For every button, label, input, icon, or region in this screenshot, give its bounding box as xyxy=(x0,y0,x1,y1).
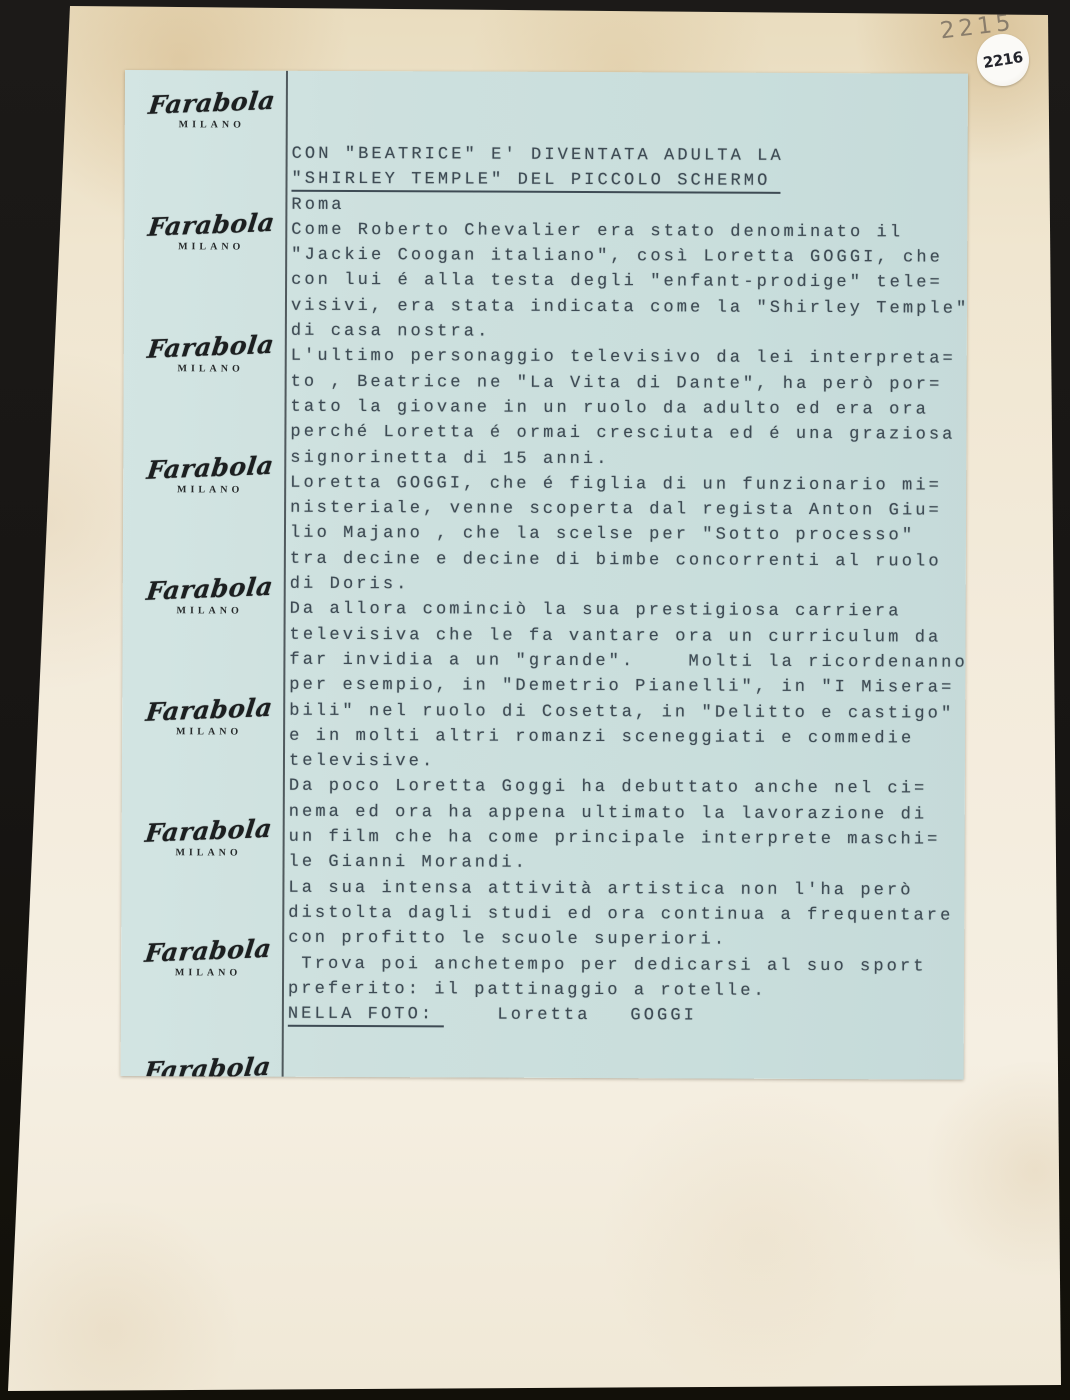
farabola-logo: FarabolaMILANO xyxy=(138,212,284,253)
typed-caption-text: CON "BEATRICE" E' DIVENTATA ADULTA LA "S… xyxy=(284,71,968,1080)
caption-line: tato la giovane in un ruolo da adulto ed… xyxy=(290,395,966,423)
farabola-city-label: MILANO xyxy=(137,605,283,617)
farabola-city-label: MILANO xyxy=(136,726,282,738)
caption-line: di casa nostra. xyxy=(291,319,967,347)
farabola-city-label: MILANO xyxy=(139,119,285,131)
caption-line: un film che ha come principale interpret… xyxy=(289,825,965,853)
farabola-logo: FarabolaMILANO xyxy=(136,697,282,738)
farabola-logo: FarabolaMILANO xyxy=(138,334,284,375)
caption-line: televisive. xyxy=(289,749,965,777)
caption-line: Come Roberto Chevalier era stato denomin… xyxy=(291,218,967,246)
caption-line: distolta dagli studi ed ora continua a f… xyxy=(288,901,964,929)
caption-line: Loretta GOGGI, che é figlia di un funzio… xyxy=(290,471,966,499)
caption-line: perché Loretta é ormai cresciuta ed é un… xyxy=(290,420,966,448)
headline-line-1: CON "BEATRICE" E' DIVENTATA ADULTA LA xyxy=(292,142,968,170)
farabola-wordmark: Farabola xyxy=(137,88,287,120)
caption-line: to , Beatrice ne "La Vita di Dante", ha … xyxy=(291,369,967,397)
caption-line: Trova poi anchetempo per dedicarsi al su… xyxy=(288,951,964,979)
farabola-wordmark: Farabola xyxy=(135,574,285,606)
farabola-city-label: MILANO xyxy=(137,484,283,496)
farabola-wordmark: Farabola xyxy=(133,1054,283,1080)
caption-line: nisteriale, venne scoperta dal regista A… xyxy=(290,496,966,524)
headline-line-2: "SHIRLEY TEMPLE" DEL PICCOLO SCHERMO xyxy=(291,167,967,195)
sticker-number: 2216 xyxy=(982,48,1024,72)
farabola-logo: FarabolaMILANO xyxy=(139,90,285,131)
dateline: Roma xyxy=(291,192,967,220)
caption-line: nema ed ora ha appena ultimato la lavora… xyxy=(289,799,965,827)
caption-line: televisiva che le fa vantare ora un curr… xyxy=(289,622,965,650)
caption-line: le Gianni Morandi. xyxy=(288,850,964,878)
farabola-logo: FarabolaMILANO xyxy=(135,938,281,979)
farabola-logo: FarabolaMILANO xyxy=(137,455,283,496)
nella-foto-line: NELLA FOTO: Loretta GOGGI xyxy=(288,1002,964,1030)
farabola-wordmark: Farabola xyxy=(136,210,286,242)
caption-line: bili" nel ruolo di Cosetta, in "Delitto … xyxy=(289,698,965,726)
farabola-city-label: MILANO xyxy=(135,967,281,979)
caption-line: di Doris. xyxy=(290,572,966,600)
caption-line: "Jackie Coogan italiano", così Loretta G… xyxy=(291,243,967,271)
caption-card: FarabolaMILANO FarabolaMILANO FarabolaMI… xyxy=(0,0,1070,1400)
caption-line: La sua intensa attività artistica non l'… xyxy=(288,875,964,903)
farabola-logo-clipped: FarabolaMILANO xyxy=(135,1056,281,1080)
caption-line: per esempio, in "Demetrio Pianelli", in … xyxy=(289,673,965,701)
caption-line: con lui é alla testa degli "enfant-prodi… xyxy=(291,268,967,296)
farabola-wordmark: Farabola xyxy=(133,936,283,968)
caption-line: far invidia a un "grande". Molti la rico… xyxy=(289,648,965,676)
caption-line: signorinetta di 15 anni. xyxy=(290,445,966,473)
farabola-wordmark: Farabola xyxy=(134,816,284,848)
caption-line: visivi, era stata indicata come la "Shir… xyxy=(291,294,967,322)
caption-line: L'ultimo personaggio televisivo da lei i… xyxy=(291,344,967,372)
farabola-city-label: MILANO xyxy=(136,847,282,859)
farabola-city-label: MILANO xyxy=(138,241,284,253)
caption-line: tra decine e decine di bimbe concorrenti… xyxy=(290,546,966,574)
farabola-logo: FarabolaMILANO xyxy=(137,576,283,617)
caption-line: Da poco Loretta Goggi ha debuttato anche… xyxy=(289,774,965,802)
nella-foto-label: NELLA FOTO: xyxy=(288,1005,444,1028)
photo-background: FarabolaMILANO FarabolaMILANO FarabolaMI… xyxy=(0,0,1070,1400)
farabola-wordmark: Farabola xyxy=(135,453,285,485)
farabola-logo: FarabolaMILANO xyxy=(136,818,282,859)
caption-line: e in molti altri romanzi sceneggiati e c… xyxy=(289,724,965,752)
caption-line: preferito: il pattinaggio a rotelle. xyxy=(288,977,964,1005)
underlined-headline: "SHIRLEY TEMPLE" DEL PICCOLO SCHERMO xyxy=(291,170,780,194)
caption-paper: FarabolaMILANO FarabolaMILANO FarabolaMI… xyxy=(121,70,968,1080)
caption-line: Da allora cominciò la sua prestigiosa ca… xyxy=(290,597,966,625)
nella-foto-value: Loretta GOGGI xyxy=(444,1005,697,1025)
farabola-wordmark: Farabola xyxy=(134,695,284,727)
caption-line: lio Majano , che la scelse per "Sotto pr… xyxy=(290,521,966,549)
archive-number-sticker: 2216 xyxy=(977,34,1029,86)
farabola-city-label: MILANO xyxy=(138,363,284,375)
farabola-wordmark: Farabola xyxy=(136,332,286,364)
caption-line: con profitto le scuole superiori. xyxy=(288,926,964,954)
